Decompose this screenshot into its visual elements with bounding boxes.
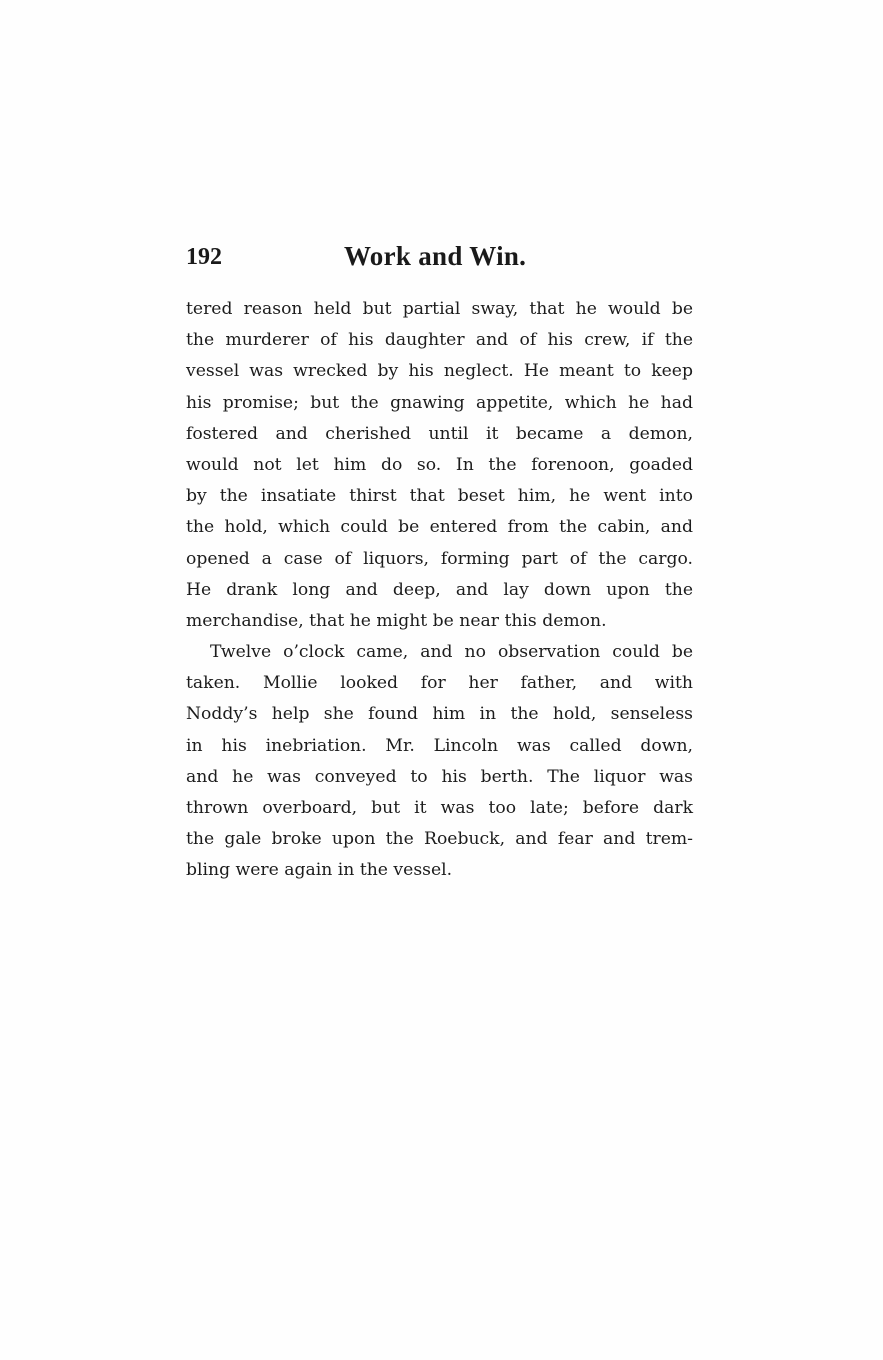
paragraph-1: tered reason held but partial sway, that…: [186, 294, 693, 637]
text-line: the murderer of his daughter and of his …: [186, 325, 693, 356]
text-line: the gale broke upon the Roebuck, and fea…: [186, 824, 693, 855]
text-line: Noddy’s help she found him in the hold, …: [186, 699, 693, 730]
text-line: by the insatiate thirst that beset him, …: [186, 481, 693, 512]
text-line: He drank long and deep, and lay down upo…: [186, 575, 693, 606]
text-line: and he was conveyed to his berth. The li…: [186, 762, 693, 793]
paragraph-2: Twelve o’clock came, and no observation …: [186, 637, 693, 887]
text-line: fostered and cherished until it became a…: [186, 419, 693, 450]
text-line: in his inebriation. Mr. Lincoln was call…: [186, 731, 693, 762]
text-line: tered reason held but partial sway, that…: [186, 294, 693, 325]
text-line: opened a case of liquors, forming part o…: [186, 544, 693, 575]
text-line: vessel was wrecked by his neglect. He me…: [186, 356, 693, 387]
running-title: Work and Win.: [344, 241, 526, 272]
text-line: Twelve o’clock came, and no observation …: [186, 637, 693, 668]
body-text: tered reason held but partial sway, that…: [186, 294, 693, 887]
text-line: taken. Mollie looked for her father, and…: [186, 668, 693, 699]
text-line: would not let him do so. In the forenoon…: [186, 450, 693, 481]
text-line: his promise; but the gnawing appetite, w…: [186, 388, 693, 419]
text-line: bling were again in the vessel.: [186, 855, 693, 886]
text-line: merchandise, that he might be near this …: [186, 606, 693, 637]
text-line: thrown overboard, but it was too late; b…: [186, 793, 693, 824]
text-line: the hold, which could be entered from th…: [186, 512, 693, 543]
page-header: 192 Work and Win.: [186, 244, 694, 278]
book-page: 192 Work and Win. tered reason held but …: [0, 0, 883, 1360]
page-number: 192: [186, 244, 222, 271]
